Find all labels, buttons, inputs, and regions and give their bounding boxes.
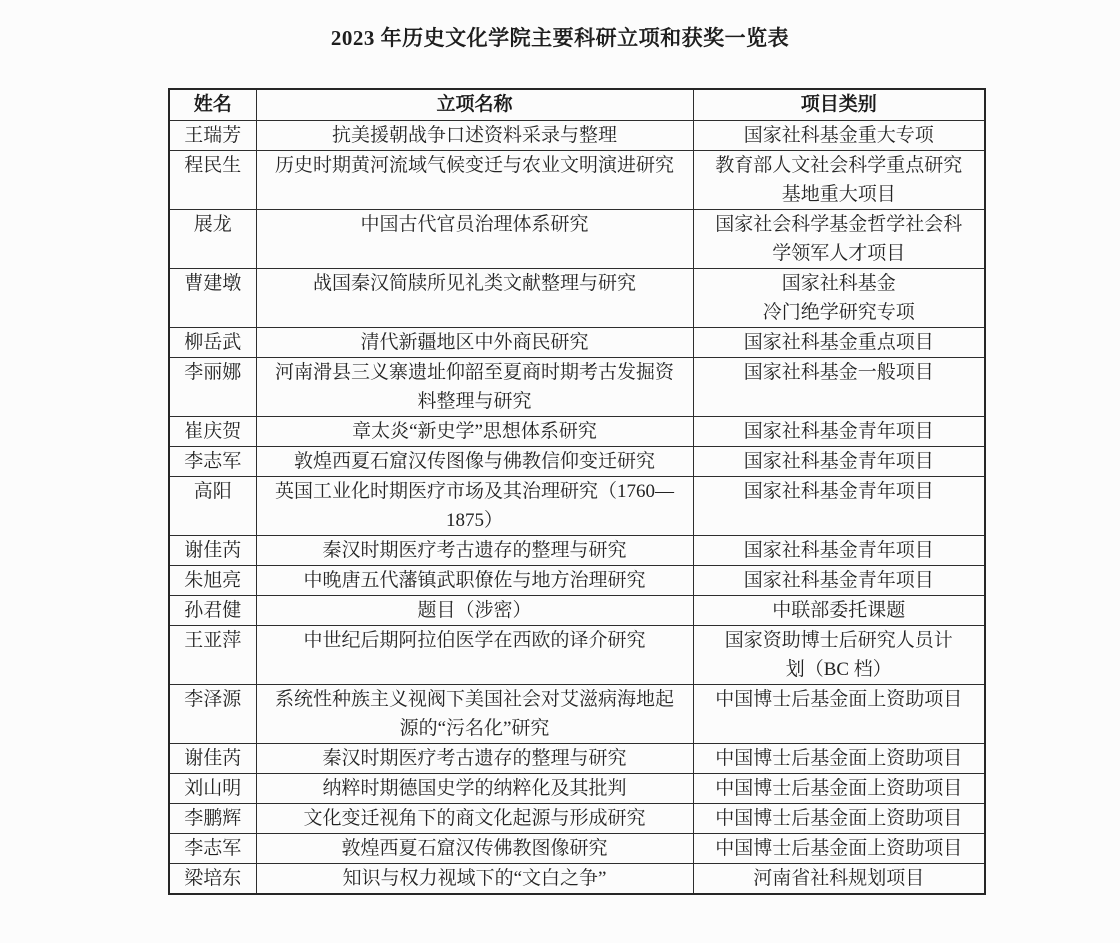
cell-name: 李泽源 [169, 685, 256, 744]
cell-project: 秦汉时期医疗考古遗存的整理与研究 [256, 536, 693, 566]
cell-name: 柳岳武 [169, 328, 256, 358]
cell-category: 教育部人文社会科学重点研究 基地重大项目 [693, 151, 985, 210]
table-row: 高阳 英国工业化时期医疗市场及其治理研究（1760— 1875） 国家社科基金青… [169, 477, 985, 536]
header-name: 姓名 [169, 89, 256, 121]
table-row: 曹建墩 战国秦汉简牍所见礼类文献整理与研究 国家社科基金 冷门绝学研究专项 [169, 269, 985, 328]
cell-project: 河南滑县三义寨遗址仰韶至夏商时期考古发掘资 料整理与研究 [256, 358, 693, 417]
table-row: 李丽娜 河南滑县三义寨遗址仰韶至夏商时期考古发掘资 料整理与研究 国家社科基金一… [169, 358, 985, 417]
cell-project: 敦煌西夏石窟汉传图像与佛教信仰变迁研究 [256, 447, 693, 477]
cell-category: 中国博士后基金面上资助项目 [693, 774, 985, 804]
cell-name: 梁培东 [169, 864, 256, 895]
cell-project: 历史时期黄河流域气候变迁与农业文明演进研究 [256, 151, 693, 210]
table-row: 刘山明 纳粹时期德国史学的纳粹化及其批判 中国博士后基金面上资助项目 [169, 774, 985, 804]
cell-name: 刘山明 [169, 774, 256, 804]
cell-category: 国家社科基金一般项目 [693, 358, 985, 417]
cell-name: 王亚萍 [169, 626, 256, 685]
cell-category: 国家社科基金青年项目 [693, 536, 985, 566]
cell-name: 李鹏辉 [169, 804, 256, 834]
table-row: 展龙 中国古代官员治理体系研究 国家社会科学基金哲学社会科 学领军人才项目 [169, 210, 985, 269]
cell-category: 河南省社科规划项目 [693, 864, 985, 895]
table-row: 孙君健 题目（涉密） 中联部委托课题 [169, 596, 985, 626]
cell-project: 英国工业化时期医疗市场及其治理研究（1760— 1875） [256, 477, 693, 536]
table-row: 谢佳芮 秦汉时期医疗考古遗存的整理与研究 国家社科基金青年项目 [169, 536, 985, 566]
cell-project: 题目（涉密） [256, 596, 693, 626]
cell-name: 王瑞芳 [169, 121, 256, 151]
cell-project: 系统性种族主义视阀下美国社会对艾滋病海地起 源的“污名化”研究 [256, 685, 693, 744]
cell-name: 高阳 [169, 477, 256, 536]
cell-category: 国家社会科学基金哲学社会科 学领军人才项目 [693, 210, 985, 269]
cell-name: 李志军 [169, 834, 256, 864]
table-row: 李鹏辉 文化变迁视角下的商文化起源与形成研究 中国博士后基金面上资助项目 [169, 804, 985, 834]
table-row: 李志军 敦煌西夏石窟汉传图像与佛教信仰变迁研究 国家社科基金青年项目 [169, 447, 985, 477]
header-category: 项目类别 [693, 89, 985, 121]
cell-project: 中世纪后期阿拉伯医学在西欧的译介研究 [256, 626, 693, 685]
cell-name: 曹建墩 [169, 269, 256, 328]
table-row: 朱旭亮 中晚唐五代藩镇武职僚佐与地方治理研究 国家社科基金青年项目 [169, 566, 985, 596]
table-row: 李泽源 系统性种族主义视阀下美国社会对艾滋病海地起 源的“污名化”研究 中国博士… [169, 685, 985, 744]
table-row: 崔庆贺 章太炎“新史学”思想体系研究 国家社科基金青年项目 [169, 417, 985, 447]
cell-name: 程民生 [169, 151, 256, 210]
cell-project: 秦汉时期医疗考古遗存的整理与研究 [256, 744, 693, 774]
cell-project: 文化变迁视角下的商文化起源与形成研究 [256, 804, 693, 834]
cell-project: 中国古代官员治理体系研究 [256, 210, 693, 269]
cell-project: 知识与权力视域下的“文白之争” [256, 864, 693, 895]
cell-category: 中国博士后基金面上资助项目 [693, 804, 985, 834]
cell-category: 国家社科基金 冷门绝学研究专项 [693, 269, 985, 328]
cell-category: 国家社科基金重点项目 [693, 328, 985, 358]
cell-category: 中联部委托课题 [693, 596, 985, 626]
cell-category: 国家社科基金青年项目 [693, 447, 985, 477]
cell-category: 中国博士后基金面上资助项目 [693, 744, 985, 774]
cell-name: 朱旭亮 [169, 566, 256, 596]
table-body: 王瑞芳 抗美援朝战争口述资料采录与整理 国家社科基金重大专项 程民生 历史时期黄… [169, 121, 985, 895]
table-row: 梁培东 知识与权力视域下的“文白之争” 河南省社科规划项目 [169, 864, 985, 895]
document-page: 2023 年历史文化学院主要科研立项和获奖一览表 姓名 立项名称 项目类别 王瑞… [0, 0, 1120, 943]
projects-table: 姓名 立项名称 项目类别 王瑞芳 抗美援朝战争口述资料采录与整理 国家社科基金重… [168, 88, 986, 895]
header-project: 立项名称 [256, 89, 693, 121]
cell-name: 崔庆贺 [169, 417, 256, 447]
table-header: 姓名 立项名称 项目类别 [169, 89, 985, 121]
cell-category: 国家社科基金青年项目 [693, 417, 985, 447]
cell-name: 谢佳芮 [169, 536, 256, 566]
table-row: 柳岳武 清代新疆地区中外商民研究 国家社科基金重点项目 [169, 328, 985, 358]
cell-name: 展龙 [169, 210, 256, 269]
cell-name: 谢佳芮 [169, 744, 256, 774]
cell-category: 中国博士后基金面上资助项目 [693, 685, 985, 744]
cell-project: 章太炎“新史学”思想体系研究 [256, 417, 693, 447]
cell-project: 纳粹时期德国史学的纳粹化及其批判 [256, 774, 693, 804]
table-row: 李志军 敦煌西夏石窟汉传佛教图像研究 中国博士后基金面上资助项目 [169, 834, 985, 864]
cell-category: 中国博士后基金面上资助项目 [693, 834, 985, 864]
cell-category: 国家社科基金青年项目 [693, 566, 985, 596]
cell-category: 国家社科基金青年项目 [693, 477, 985, 536]
cell-project: 战国秦汉简牍所见礼类文献整理与研究 [256, 269, 693, 328]
cell-project: 抗美援朝战争口述资料采录与整理 [256, 121, 693, 151]
cell-project: 中晚唐五代藩镇武职僚佐与地方治理研究 [256, 566, 693, 596]
table-row: 谢佳芮 秦汉时期医疗考古遗存的整理与研究 中国博士后基金面上资助项目 [169, 744, 985, 774]
table-row: 王瑞芳 抗美援朝战争口述资料采录与整理 国家社科基金重大专项 [169, 121, 985, 151]
cell-name: 李丽娜 [169, 358, 256, 417]
cell-category: 国家社科基金重大专项 [693, 121, 985, 151]
cell-project: 清代新疆地区中外商民研究 [256, 328, 693, 358]
cell-project: 敦煌西夏石窟汉传佛教图像研究 [256, 834, 693, 864]
page-title: 2023 年历史文化学院主要科研立项和获奖一览表 [0, 22, 1120, 52]
table-row: 程民生 历史时期黄河流域气候变迁与农业文明演进研究 教育部人文社会科学重点研究 … [169, 151, 985, 210]
cell-category: 国家资助博士后研究人员计 划（BC 档） [693, 626, 985, 685]
table-row: 王亚萍 中世纪后期阿拉伯医学在西欧的译介研究 国家资助博士后研究人员计 划（BC… [169, 626, 985, 685]
cell-name: 李志军 [169, 447, 256, 477]
cell-name: 孙君健 [169, 596, 256, 626]
header-row: 姓名 立项名称 项目类别 [169, 89, 985, 121]
